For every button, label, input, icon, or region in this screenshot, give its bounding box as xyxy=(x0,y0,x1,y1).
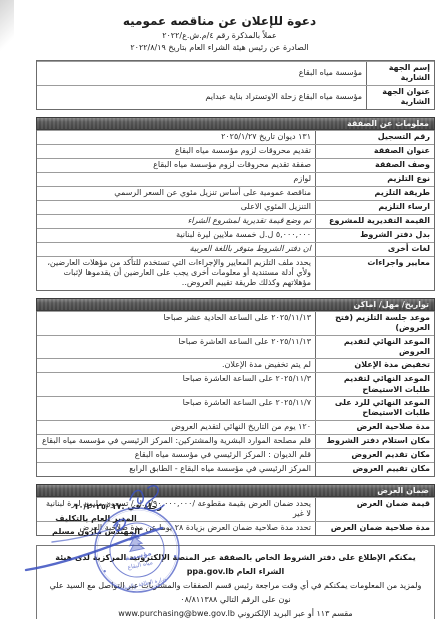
deal-info-table: رقم التسجيل ١٣١ ديوان تاريخ ٢٠٢٥/١/٢٧ عن… xyxy=(36,130,435,291)
table-row: رقم التسجيل ١٣١ ديوان تاريخ ٢٠٢٥/١/٢٧ xyxy=(37,130,434,144)
row-value: ١٣١ ديوان تاريخ ٢٠٢٥/١/٢٧ xyxy=(37,131,315,144)
row-label: موعد جلسة التلزيم (فتح العروض) xyxy=(315,312,434,335)
row-label: مكان تقديم العروض xyxy=(315,449,434,462)
row-label: عنوان الجهة الشارية xyxy=(366,86,434,109)
row-value: ٢٠٢٥/١١/١٣ على الساعة الحادية عشر صباحا xyxy=(37,312,315,335)
row-label: عنوان الصفقة xyxy=(315,145,434,158)
table-row: الموعد النهائي لتقديم العروض ٢٠٢٥/١١/١٣ … xyxy=(37,335,434,359)
signatory-role: المدير العام بالتكليف xyxy=(30,513,162,525)
memo-reference-line: عملاً بالمذكرة رقم ٤/م.ش.ع/٢٠٢٢ xyxy=(0,31,439,40)
section-header-dates-places: تواريخ/ مهل/ اماكن xyxy=(36,298,435,311)
row-label: قيمة ضمان العرض xyxy=(315,498,434,521)
document-body: إسم الجهة الشارية مؤسسة مياه البقاع عنوا… xyxy=(36,60,435,536)
row-value: مؤسسة مياه البقاع xyxy=(37,67,366,79)
notice-platform-line: يمكنكم الإطلاع على دفتر الشروط الخاص بال… xyxy=(45,551,426,579)
row-label: مدة صلاحية ضمان العرض xyxy=(315,522,434,535)
issuing-authority-line: الصادرة عن رئيس هيئة الشراء العام بتاريخ… xyxy=(0,43,439,52)
signatory-name: المهندس مارون مسلم xyxy=(30,526,162,538)
table-row: عنوان الجهة الشارية مؤسسة مياه البقاع زح… xyxy=(37,85,434,109)
document-header: دعوة للإعلان عن مناقصه عموميه عملاً بالم… xyxy=(0,0,439,52)
table-row: بدل دفتر الشروط ٥,٠٠٠,٠٠٠ ل.ل خمسة ملايي… xyxy=(37,228,434,242)
row-label: مكان تقييم العروض xyxy=(315,463,434,476)
scanned-tender-document: دعوة للإعلان عن مناقصه عموميه عملاً بالم… xyxy=(0,0,439,619)
row-label: نوع التلزيم xyxy=(315,173,434,186)
row-value: التنزيل المئوي الاعلى xyxy=(37,201,315,214)
section-header-bid-guarantee: ضمان العرض xyxy=(36,484,435,497)
table-row: مدة صلاحية العرض ١٢٠ يوم من التاريخ النه… xyxy=(37,420,434,434)
document-title: دعوة للإعلان عن مناقصه عموميه xyxy=(0,14,439,28)
row-label: رقم التسجيل xyxy=(315,131,434,144)
row-value: تم وضع قيمة تقديرية لمشروع الشراء xyxy=(37,215,315,228)
row-label: بدل دفتر الشروط xyxy=(315,229,434,242)
table-row: ارساء التلزيم التنزيل المئوي الاعلى xyxy=(37,200,434,214)
row-value: لوازم xyxy=(37,173,315,186)
row-label: الموعد النهائي للرد على طلبات الاستيضاح xyxy=(315,397,434,420)
section-dates-places: تواريخ/ مهل/ اماكن موعد جلسة التلزيم (فت… xyxy=(36,298,435,477)
table-row: الموعد النهائي لتقديم طلبات الاستيضاح ٢٠… xyxy=(37,372,434,396)
row-value: مناقصة عمومية على أساس تنزيل مئوي عن الس… xyxy=(37,187,315,200)
row-value: المركز الرئيسي في مؤسسة مياه البقاع - ال… xyxy=(37,463,315,476)
table-row: طريقة التلزيم مناقصة عمومية على أساس تنز… xyxy=(37,186,434,200)
row-label: مدة صلاحية العرض xyxy=(315,421,434,434)
table-row: الموعد النهائي للرد على طلبات الاستيضاح … xyxy=(37,396,434,420)
row-label: وصف الصفقة xyxy=(315,159,434,172)
row-value: صفقة تقديم محروقات لزوم مؤسسة مياه البقا… xyxy=(37,159,315,172)
notice-contact-line: ولمزيد من المعلومات يمكنكم في أي وقت مرا… xyxy=(45,579,426,607)
table-row: تخفيض مدة الإعلان لم يتم تخفيض مدة الإعل… xyxy=(37,358,434,372)
scan-edge-artifact xyxy=(0,0,14,60)
row-label: إسم الجهة الشارية xyxy=(366,62,434,85)
row-value: ٢٠٢٥/١١/٣ على الساعة العاشرة صباحا xyxy=(37,373,315,396)
place-date-line: زحلة في :١٧ /١٠/٢٠٢٥ xyxy=(30,501,162,513)
row-value: قلم الديوان : المركز الرئيسي في مؤسسة مي… xyxy=(37,449,315,462)
row-value: ان دفتر الشروط متوفر باللغة العربية xyxy=(37,243,315,256)
section-deal-info: معلومات عن الصفقة رقم التسجيل ١٣١ ديوان … xyxy=(36,117,435,291)
dates-places-table: موعد جلسة التلزيم (فتح العروض) ٢٠٢٥/١١/١… xyxy=(36,311,435,477)
row-value: مؤسسة مياه البقاع زحلة الاوتستراد بناية … xyxy=(37,91,366,103)
buyer-info-table: إسم الجهة الشارية مؤسسة مياه البقاع عنوا… xyxy=(36,60,435,110)
table-row: إسم الجهة الشارية مؤسسة مياه البقاع xyxy=(37,61,434,85)
row-label: القيمة التقديرية للمشروع xyxy=(315,215,434,228)
row-value: ٥,٠٠٠,٠٠٠ ل.ل خمسة ملايين ليرة لبنانية xyxy=(37,229,315,242)
table-row: عنوان الصفقة تقديم محروقات لزوم مؤسسة مي… xyxy=(37,144,434,158)
table-row: وصف الصفقة صفقة تقديم محروقات لزوم مؤسسة… xyxy=(37,158,434,172)
row-label: مكان استلام دفتر الشروط xyxy=(315,435,434,448)
table-row: معايير واجراءات يحدد ملف التلزيم المعايي… xyxy=(37,256,434,290)
row-label: تخفيض مدة الإعلان xyxy=(315,359,434,372)
row-value: تقديم محروقات لزوم مؤسسة مياه البقاع xyxy=(37,145,315,158)
notice-email-line: مقسم ١١٣ أو عبر البريد الإلكتروني www.pu… xyxy=(45,607,426,619)
row-value: ٢٠٢٥/١١/٧ على الساعة العاشرة صباحا xyxy=(37,397,315,420)
row-value: قلم مصلحة الموارد البشرية والمشتركين: ال… xyxy=(37,435,315,448)
row-label: الموعد النهائي لتقديم العروض xyxy=(315,336,434,359)
contact-notice-box: يمكنكم الإطلاع على دفتر الشروط الخاص بال… xyxy=(36,545,435,619)
row-value: ١٢٠ يوم من التاريخ النهائي لتقديم العروض xyxy=(37,421,315,434)
table-row: مكان تقديم العروض قلم الديوان : المركز ا… xyxy=(37,448,434,462)
table-row: نوع التلزيم لوازم xyxy=(37,172,434,186)
section-header-deal-info: معلومات عن الصفقة xyxy=(36,117,435,130)
row-value: لم يتم تخفيض مدة الإعلان. xyxy=(37,359,315,372)
row-value: ٢٠٢٥/١١/١٣ على الساعة العاشرة صباحا xyxy=(37,336,315,359)
row-label: لغات أخرى xyxy=(315,243,434,256)
table-row: لغات أخرى ان دفتر الشروط متوفر باللغة ال… xyxy=(37,242,434,256)
table-row: مكان تقييم العروض المركز الرئيسي في مؤسس… xyxy=(37,462,434,476)
row-label: معايير واجراءات xyxy=(315,257,434,290)
row-value: يحدد ملف التلزيم المعايير والإجراءات الت… xyxy=(37,257,315,290)
row-label: ارساء التلزيم xyxy=(315,201,434,214)
table-row: مكان استلام دفتر الشروط قلم مصلحة الموار… xyxy=(37,434,434,448)
row-label: طريقة التلزيم xyxy=(315,187,434,200)
row-label: الموعد النهائي لتقديم طلبات الاستيضاح xyxy=(315,373,434,396)
signature-block: زحلة في :١٧ /١٠/٢٠٢٥ المدير العام بالتكل… xyxy=(30,501,162,538)
table-row: موعد جلسة التلزيم (فتح العروض) ٢٠٢٥/١١/١… xyxy=(37,311,434,335)
table-row: القيمة التقديرية للمشروع تم وضع قيمة تقد… xyxy=(37,214,434,228)
